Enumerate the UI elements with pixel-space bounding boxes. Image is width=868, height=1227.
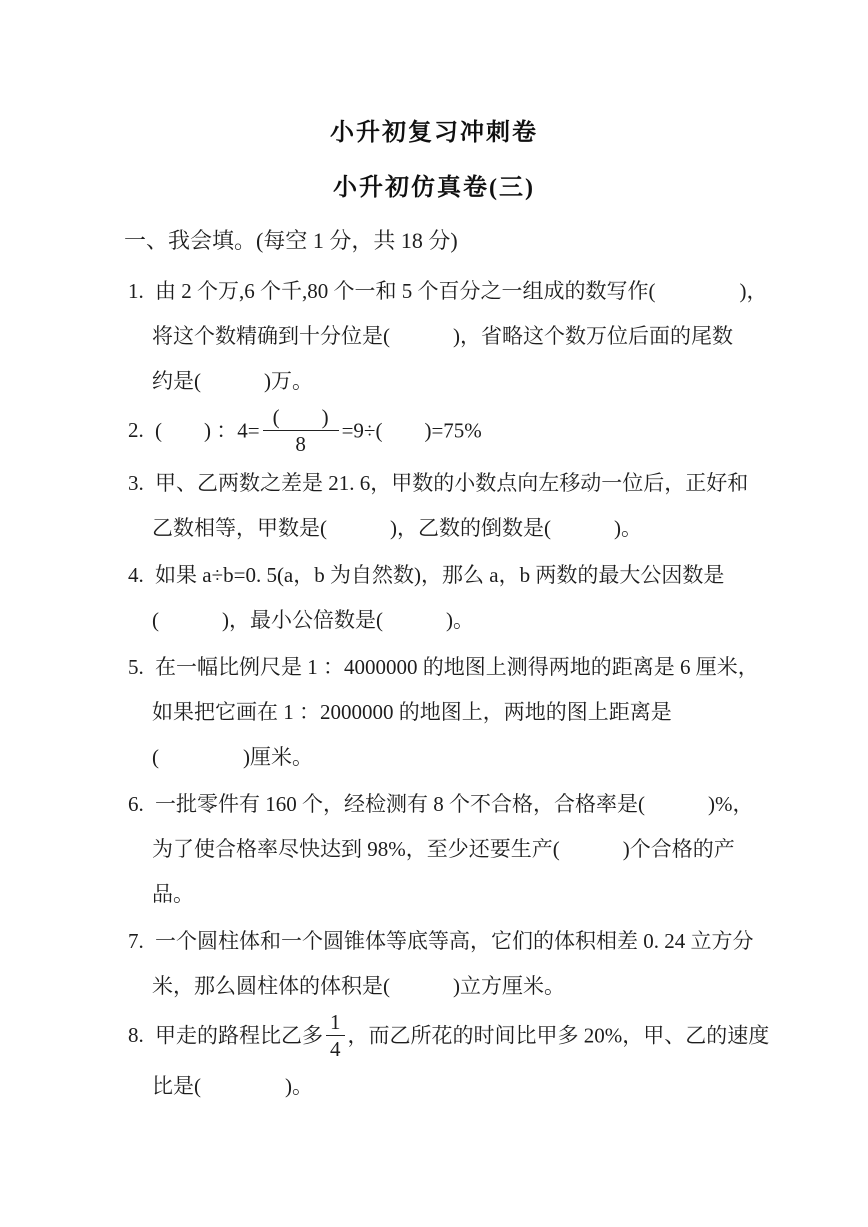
question-line: 6.一批零件有 160 个，经检测有 8 个不合格，合格率是( )%， bbox=[128, 782, 800, 827]
question-text: 一个圆柱体和一个圆锥体等底等高，它们的体积相差 0. 24 立方分 bbox=[155, 929, 754, 953]
question-line: 如果把它画在 1 ：2000000 的地图上，两地的图上距离是 bbox=[128, 690, 800, 735]
question-number: 4. bbox=[128, 553, 155, 598]
question-line: 将这个数精确到十分位是( )，省略这个数万位后面的尾数 bbox=[128, 314, 800, 359]
question-text: 甲、乙两数之差是 21. 6，甲数的小数点向左移动一位后，正好和 bbox=[155, 471, 748, 495]
question-list: 1.由 2 个万,6 个千,80 个一和 5 个百分之一组成的数写作( )， 将… bbox=[0, 269, 800, 1109]
question-line: 品。 bbox=[128, 872, 800, 917]
question-line: ( )厘米。 bbox=[128, 735, 800, 780]
page-title: 小升初复习冲刺卷 bbox=[0, 0, 868, 147]
question-text: ，而乙所花的时间比甲多 20%，甲、乙的速度 bbox=[348, 1023, 770, 1047]
question-line: 为了使合格率尽快达到 98%，至少还要生产( )个合格的产 bbox=[128, 827, 800, 872]
fraction-denominator: 4 bbox=[326, 1036, 345, 1062]
fraction: 14 bbox=[326, 1009, 345, 1062]
question-line: 米，那么圆柱体的体积是( )立方厘米。 bbox=[128, 964, 800, 1009]
question-number: 5. bbox=[128, 645, 155, 690]
question-line: ( )，最小公倍数是( )。 bbox=[128, 598, 800, 643]
question-text: 在一幅比例尺是 1 ：4000000 的地图上测得两地的距离是 6 厘米， bbox=[155, 655, 759, 679]
question-7: 7.一个圆柱体和一个圆锥体等底等高，它们的体积相差 0. 24 立方分 米，那么… bbox=[128, 919, 800, 1009]
question-text: 甲走的路程比乙多 bbox=[155, 1023, 323, 1047]
question-number: 3. bbox=[128, 461, 155, 506]
question-text: =9÷( )=75% bbox=[342, 418, 482, 442]
page-subtitle: 小升初仿真卷(三) bbox=[0, 167, 868, 202]
question-number: 2. bbox=[128, 408, 155, 453]
question-line: 5.在一幅比例尺是 1 ：4000000 的地图上测得两地的距离是 6 厘米， bbox=[128, 645, 800, 690]
question-5: 5.在一幅比例尺是 1 ：4000000 的地图上测得两地的距离是 6 厘米， … bbox=[128, 645, 800, 780]
question-text: 如果 a÷b=0. 5(a，b 为自然数)，那么 a，b 两数的最大公因数是 bbox=[155, 563, 724, 587]
fraction-denominator: 8 bbox=[263, 431, 339, 457]
fraction-numerator: 1 bbox=[326, 1009, 345, 1036]
question-line: 8.甲走的路程比乙多14，而乙所花的时间比甲多 20%，甲、乙的速度 bbox=[128, 1011, 800, 1064]
question-2: 2.( ) ：4=( )8=9÷( )=75% bbox=[128, 406, 800, 459]
question-number: 1. bbox=[128, 269, 155, 314]
question-text: 一批零件有 160 个，经检测有 8 个不合格，合格率是( )%， bbox=[155, 792, 753, 816]
question-line: 7.一个圆柱体和一个圆锥体等底等高，它们的体积相差 0. 24 立方分 bbox=[128, 919, 800, 964]
question-8: 8.甲走的路程比乙多14，而乙所花的时间比甲多 20%，甲、乙的速度 比是( )… bbox=[128, 1011, 800, 1109]
question-line: 3.甲、乙两数之差是 21. 6，甲数的小数点向左移动一位后，正好和 bbox=[128, 461, 800, 506]
fraction-numerator: ( ) bbox=[263, 404, 339, 431]
question-line: 乙数相等，甲数是( )，乙数的倒数是( )。 bbox=[128, 506, 800, 551]
question-6: 6.一批零件有 160 个，经检测有 8 个不合格，合格率是( )%， 为了使合… bbox=[128, 782, 800, 917]
question-number: 8. bbox=[128, 1013, 155, 1058]
fraction: ( )8 bbox=[263, 404, 339, 457]
question-number: 6. bbox=[128, 782, 155, 827]
question-1: 1.由 2 个万,6 个千,80 个一和 5 个百分之一组成的数写作( )， 将… bbox=[128, 269, 800, 404]
question-line: 约是( )万。 bbox=[128, 359, 800, 404]
question-line: 2.( ) ：4=( )8=9÷( )=75% bbox=[128, 406, 800, 459]
question-text: 由 2 个万,6 个千,80 个一和 5 个百分之一组成的数写作( )， bbox=[155, 279, 767, 303]
question-3: 3.甲、乙两数之差是 21. 6，甲数的小数点向左移动一位后，正好和 乙数相等，… bbox=[128, 461, 800, 551]
question-line: 比是( )。 bbox=[128, 1064, 800, 1109]
question-text: ( ) ：4= bbox=[155, 418, 260, 442]
section-heading: 一、我会填。(每空 1 分，共 18 分) bbox=[124, 226, 868, 256]
question-number: 7. bbox=[128, 919, 155, 964]
question-4: 4.如果 a÷b=0. 5(a，b 为自然数)，那么 a，b 两数的最大公因数是… bbox=[128, 553, 800, 643]
question-line: 4.如果 a÷b=0. 5(a，b 为自然数)，那么 a，b 两数的最大公因数是 bbox=[128, 553, 800, 598]
exam-page: 小升初复习冲刺卷 小升初仿真卷(三) 一、我会填。(每空 1 分，共 18 分)… bbox=[0, 0, 868, 1227]
question-line: 1.由 2 个万,6 个千,80 个一和 5 个百分之一组成的数写作( )， bbox=[128, 269, 800, 314]
